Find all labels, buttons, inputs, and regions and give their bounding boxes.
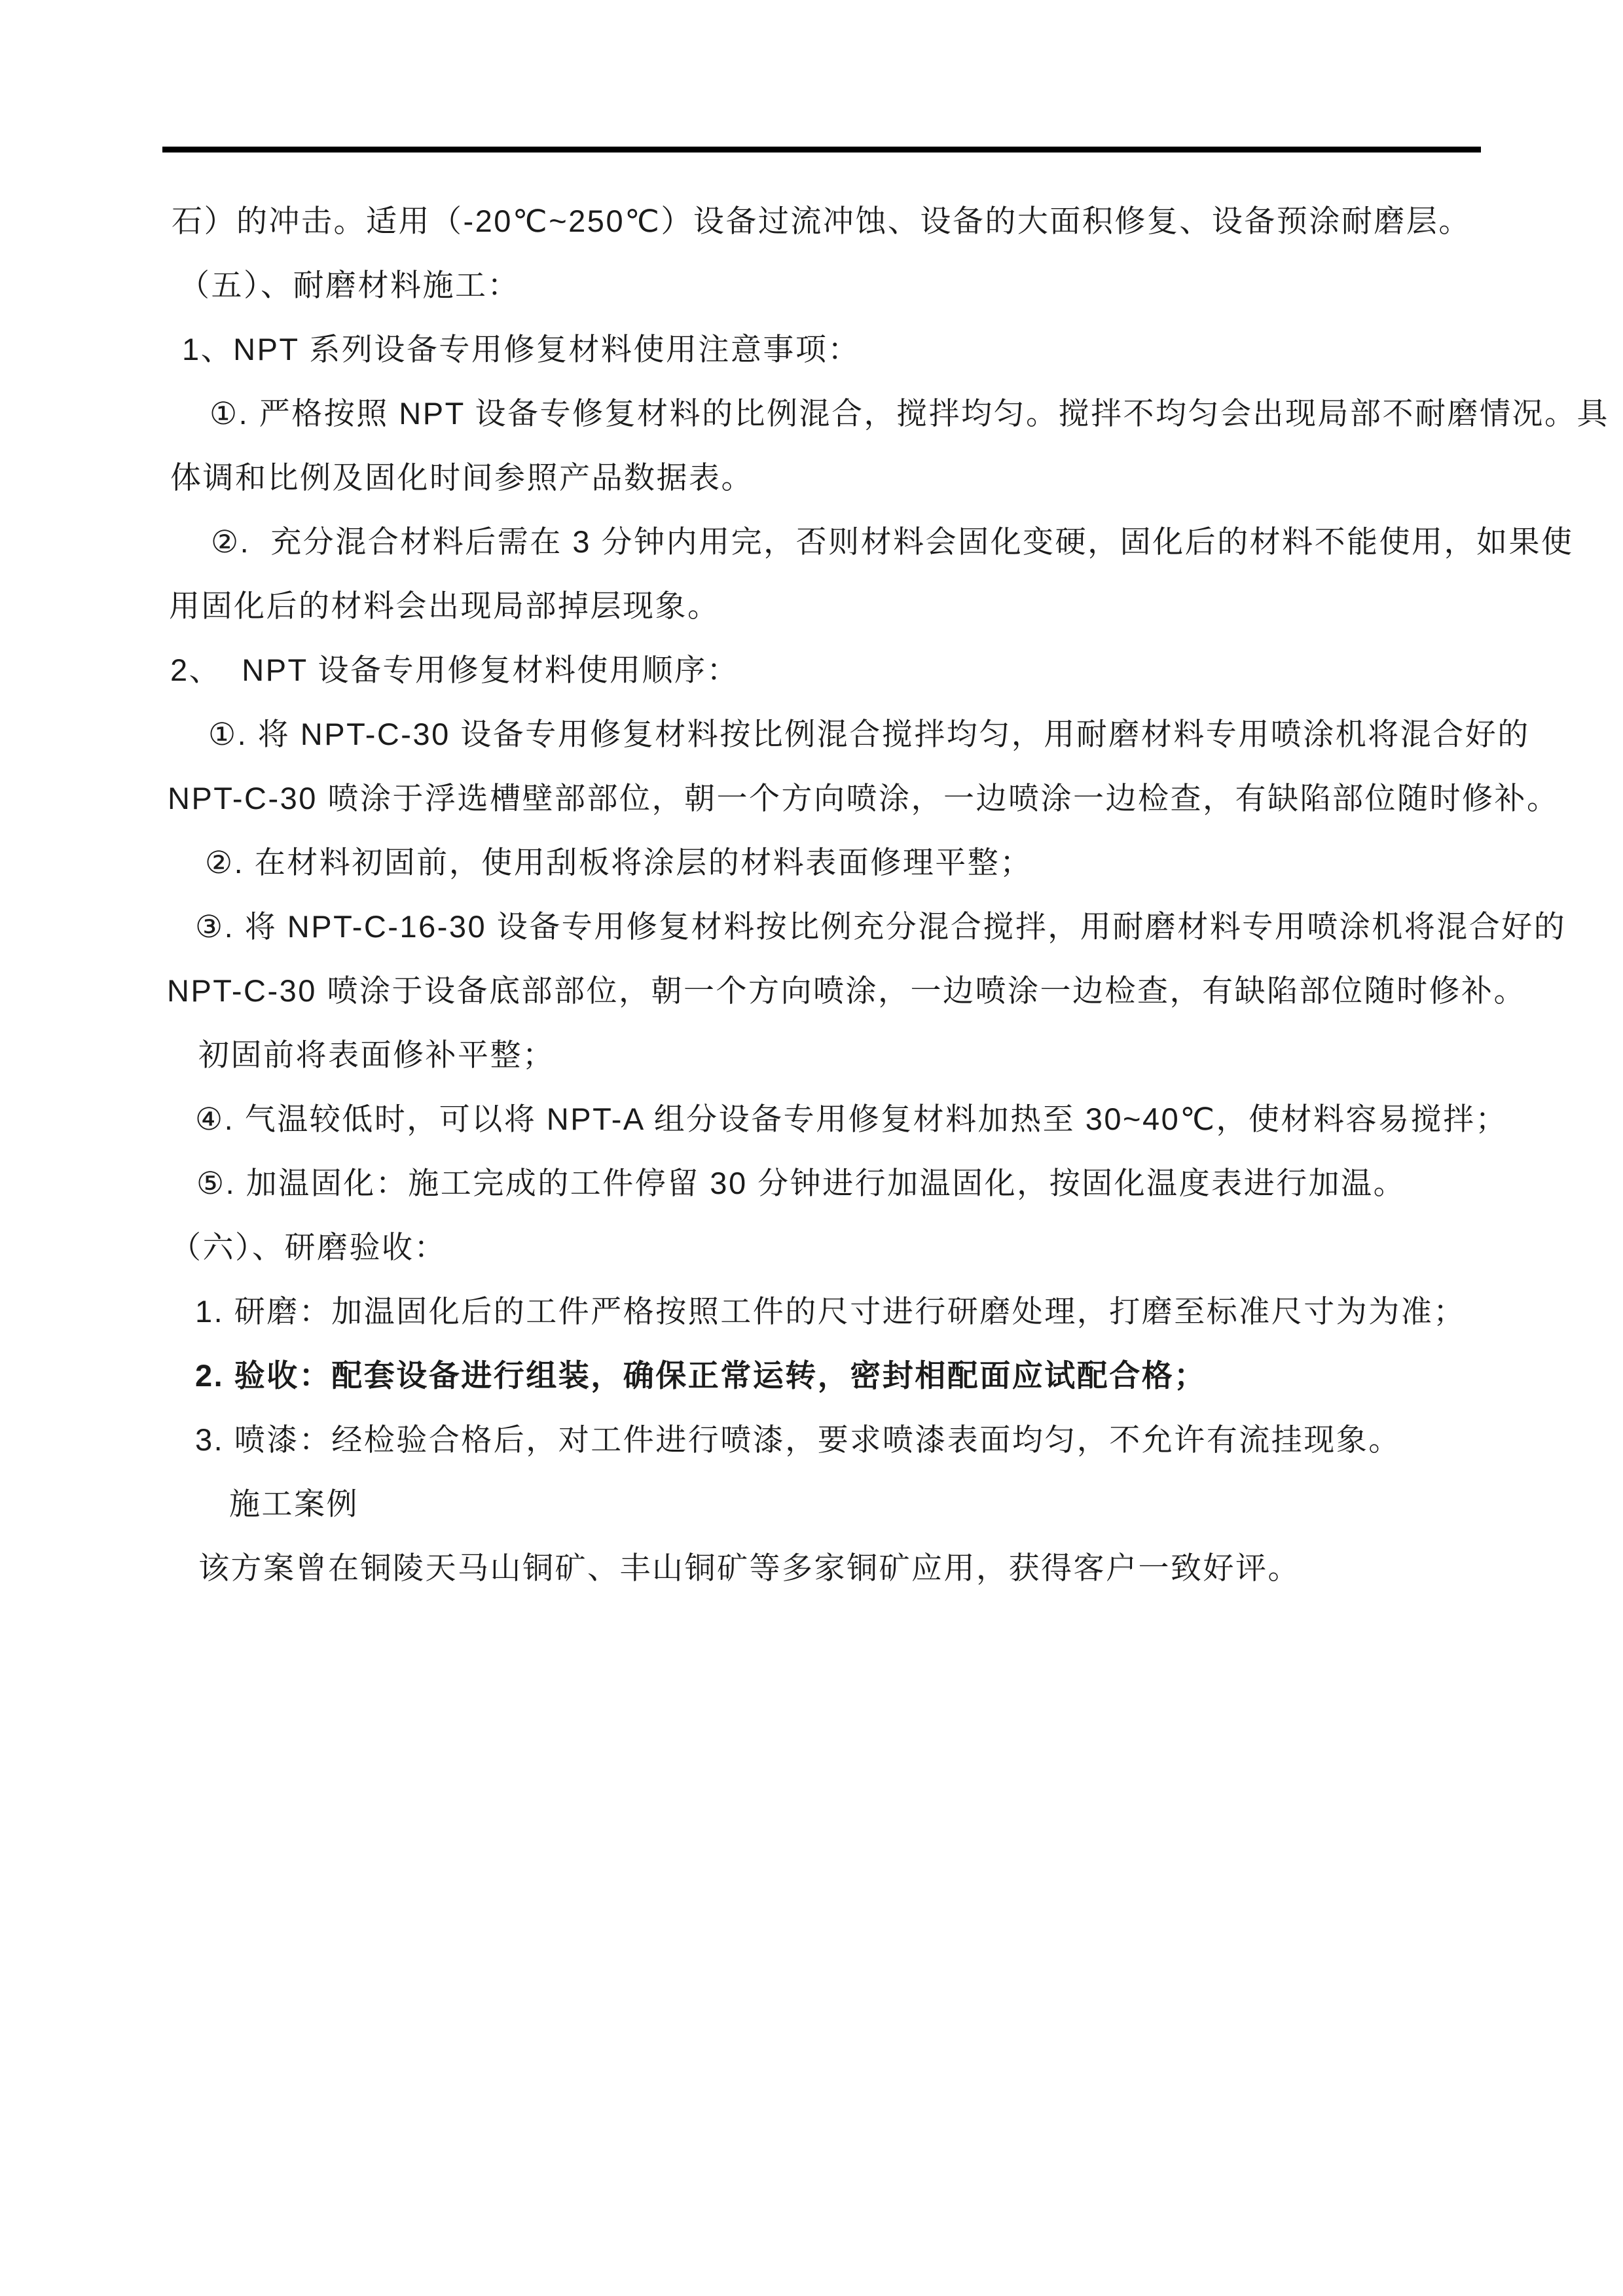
step-1-line-2: NPT-C-30 喷涂于浮选槽壁部部位，朝一个方向喷涂，一边喷涂一边检查，有缺陷… bbox=[0, 766, 1623, 831]
step-3-line-2: NPT-C-30 喷涂于设备底部部位，朝一个方向喷涂，一边喷涂一边检查，有缺陷部… bbox=[0, 959, 1623, 1023]
text-line-continuation: 石）的冲击。适用（-20℃~250℃）设备过流冲蚀、设备的大面积修复、设备预涂耐… bbox=[0, 189, 1623, 253]
header-rule bbox=[162, 147, 1481, 152]
note-2-line-1: ②. 充分混合材料后需在 3 分钟内用完，否则材料会固化变硬，固化后的材料不能使… bbox=[0, 510, 1623, 574]
document-page: 石）的冲击。适用（-20℃~250℃）设备过流冲蚀、设备的大面积修复、设备预涂耐… bbox=[0, 0, 1623, 2296]
acceptance-item-1: 1. 研磨：加温固化后的工件严格按照工件的尺寸进行研磨处理，打磨至标准尺寸为为准… bbox=[0, 1280, 1623, 1344]
item-1-heading: 1、NPT 系列设备专用修复材料使用注意事项： bbox=[0, 317, 1623, 382]
section-5-heading: （五）、耐磨材料施工： bbox=[0, 253, 1623, 317]
step-4: ④. 气温较低时，可以将 NPT-A 组分设备专用修复材料加热至 30~40℃，… bbox=[0, 1087, 1623, 1151]
note-1-line-2: 体调和比例及固化时间参照产品数据表。 bbox=[0, 446, 1623, 510]
step-3-line-1: ③. 将 NPT-C-16-30 设备专用修复材料按比例充分混合搅拌，用耐磨材料… bbox=[0, 895, 1623, 959]
item-2-heading: 2、 NPT 设备专用修复材料使用顺序： bbox=[0, 638, 1623, 702]
section-6-heading: （六）、研磨验收： bbox=[0, 1215, 1623, 1280]
step-2: ②. 在材料初固前，使用刮板将涂层的材料表面修理平整； bbox=[0, 831, 1623, 895]
acceptance-item-3: 3. 喷漆：经检验合格后，对工件进行喷漆，要求喷漆表面均匀，不允许有流挂现象。 bbox=[0, 1408, 1623, 1472]
case-study-heading: 施工案例 bbox=[0, 1472, 1623, 1536]
document-body: 石）的冲击。适用（-20℃~250℃）设备过流冲蚀、设备的大面积修复、设备预涂耐… bbox=[0, 189, 1623, 1600]
acceptance-item-2: 2. 验收：配套设备进行组装，确保正常运转，密封相配面应试配合格； bbox=[0, 1344, 1623, 1408]
step-1-line-1: ①. 将 NPT-C-30 设备专用修复材料按比例混合搅拌均匀，用耐磨材料专用喷… bbox=[0, 702, 1623, 766]
note-1-line-1: ①. 严格按照 NPT 设备专修复材料的比例混合，搅拌均匀。搅拌不均匀会出现局部… bbox=[0, 382, 1623, 446]
note-2-line-2: 用固化后的材料会出现局部掉层现象。 bbox=[0, 574, 1623, 638]
step-3-line-3: 初固前将表面修补平整； bbox=[0, 1023, 1623, 1087]
case-study-text: 该方案曾在铜陵天马山铜矿、丰山铜矿等多家铜矿应用，获得客户一致好评。 bbox=[0, 1536, 1623, 1600]
step-5: ⑤. 加温固化：施工完成的工件停留 30 分钟进行加温固化，按固化温度表进行加温… bbox=[0, 1151, 1623, 1215]
